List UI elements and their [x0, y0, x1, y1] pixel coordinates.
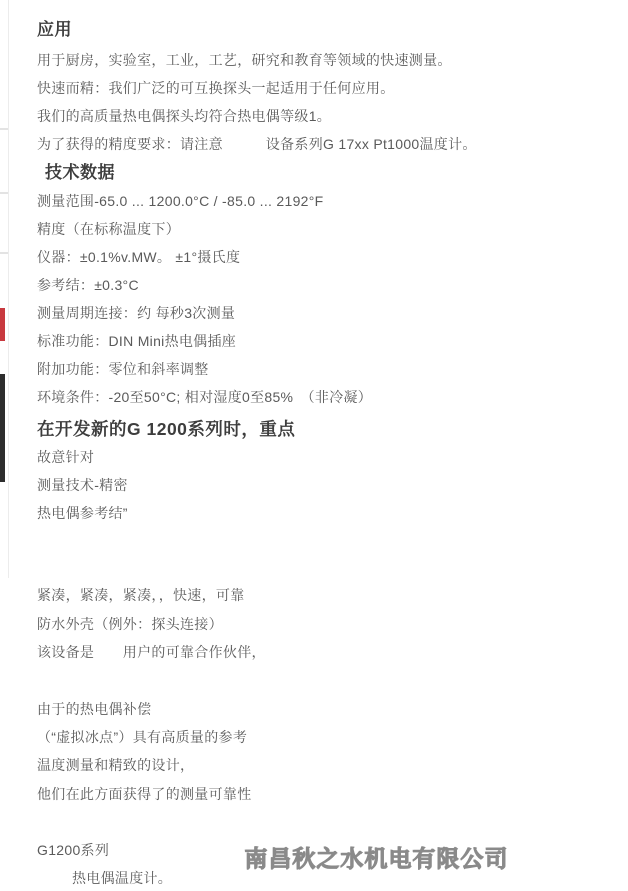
tech-line-instrument: 仪器：±0.1%v.MW。 ±1°摄氏度 — [37, 250, 608, 264]
section-heading-tech-data: 技术数据 — [37, 164, 608, 181]
feature-line-1: 紧凑，紧凑，紧凑，，快速，可靠 — [37, 588, 608, 602]
compensation-line-2: （“虚拟冰点”）具有高质量的参考 — [37, 730, 608, 744]
compensation-line-3: 温度测量和精致的设计， — [37, 758, 608, 772]
product-description-page: 应用 用于厨房，实验室，工业，工艺，研究和教育等领域的快速测量。 快速而精：我们… — [0, 0, 628, 885]
dev-line-3: 热电偶参考结” — [37, 506, 608, 520]
application-line-4: 为了获得的精度要求：请注意 设备系列G 17xx Pt1000温度计。 — [37, 137, 608, 151]
tech-line-environment: 环境条件：-20至50°C; 相对湿度0至85% （非冷凝） — [37, 390, 608, 404]
compensation-line-4: 他们在此方面获得了的测量可靠性 — [37, 787, 608, 801]
tech-line-additional: 附加功能：零位和斜率调整 — [37, 362, 608, 376]
feature-line-2: 防水外壳（例外：探头连接） — [37, 617, 608, 631]
series-description: 热电偶温度计。 — [37, 871, 608, 885]
company-watermark-stamp: 南昌秋之水机电有限公司 — [244, 846, 508, 871]
section-heading-application: 应用 — [37, 21, 608, 38]
tech-line-range: 测量范围-65.0 ... 1200.0°C / -85.0 ... 2192°… — [37, 194, 608, 208]
section-heading-development: 在开发新的G 1200系列时，重点 — [37, 420, 608, 438]
dev-line-1: 故意针对 — [37, 450, 608, 464]
feature-line-3: 该设备是 用户的可靠合作伙伴， — [37, 645, 608, 659]
tech-line-reference: 参考结：±0.3°C — [37, 278, 608, 292]
compensation-line-1: 由于的热电偶补偿 — [37, 702, 608, 716]
application-line-2: 快速而精：我们广泛的可互换探头一起适用于任何应用。 — [37, 81, 608, 95]
tech-line-accuracy: 精度（在标称温度下） — [37, 222, 608, 236]
dev-line-2: 测量技术-精密 — [37, 478, 608, 492]
tech-line-standard: 标准功能：DIN Mini热电偶插座 — [37, 334, 608, 348]
application-line-1: 用于厨房，实验室，工业，工艺，研究和教育等领域的快速测量。 — [37, 53, 608, 67]
tech-line-cycle: 测量周期连接：约 每秒3次测量 — [37, 306, 608, 320]
application-line-3: 我们的高质量热电偶探头均符合热电偶等级1。 — [37, 109, 608, 123]
article-body: 应用 用于厨房，实验室，工业，工艺，研究和教育等领域的快速测量。 快速而精：我们… — [0, 0, 628, 885]
